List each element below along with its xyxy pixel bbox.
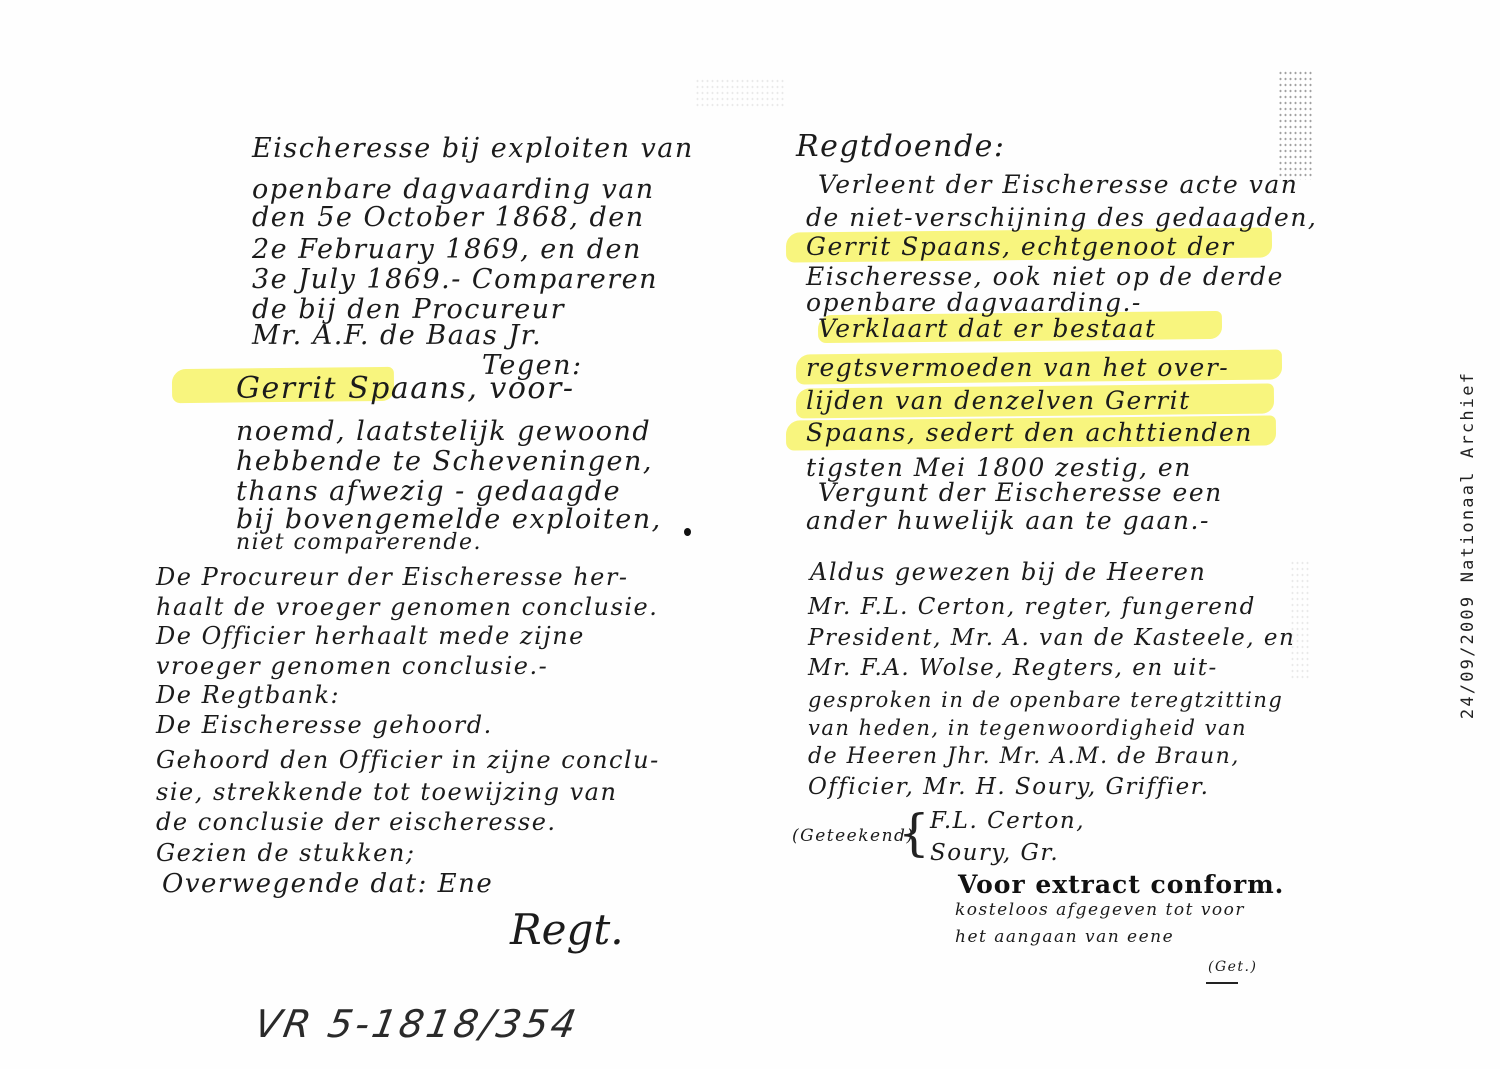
right-signature-certon: F.L. Certon,	[930, 810, 1085, 833]
right-line-20: de Heeren Jhr. Mr. A.M. de Braun,	[808, 746, 1240, 768]
right-line-17: Mr. F.A. Wolse, Regters, en uit-	[808, 657, 1218, 680]
left-line-23: de conclusie der eischeresse.	[156, 810, 557, 834]
right-line-4: Gerrit Spaans, echtgenoot der	[806, 234, 1235, 259]
right-line-get: (Get.)	[1208, 960, 1257, 974]
right-line-18: gesproken in de openbare teregtzitting	[808, 690, 1283, 711]
left-line-13: bij bovengemelde exploiten,	[236, 506, 662, 533]
left-line-22: sie, strekkende tot toewijzing van	[156, 780, 617, 804]
left-line-2: openbare dagvaarding van	[252, 176, 655, 203]
left-line-5: 3e July 1869.- Compareren	[252, 266, 658, 293]
right-line-3: de niet-verschijning des gedaagden,	[806, 205, 1317, 230]
right-line-5: Eischeresse, ook niet op de derde	[806, 264, 1284, 289]
right-line-19: van heden, in tegenwoordigheid van	[808, 718, 1247, 739]
right-line-16: President, Mr. A. van de Kasteele, en	[808, 627, 1295, 650]
right-line-6: openbare dagvaarding.-	[806, 290, 1142, 315]
left-line-4: 2e February 1869, en den	[252, 236, 642, 263]
right-line-10: Spaans, sedert den achttienden	[806, 420, 1253, 445]
underline-flourish	[1206, 982, 1238, 984]
right-line-13: ander huwelijk aan te gaan.-	[806, 508, 1210, 533]
right-line-12: Vergunt der Eischeresse een	[818, 480, 1223, 505]
left-line-21: Gehoord den Officier in zijne conclu-	[156, 748, 660, 772]
signature-brace: {	[898, 808, 930, 858]
right-line-aangaan: het aangaan van eene	[955, 929, 1174, 946]
right-line-7: Verklaart dat er bestaat	[818, 316, 1157, 341]
left-line-18: vroeger genomen conclusie.-	[156, 654, 548, 678]
right-line-14: Aldus gewezen bij de Heeren	[810, 560, 1206, 584]
left-line-3: den 5e October 1868, den	[252, 204, 645, 231]
left-line-gerrit-spaans: Gerrit Spaans, voor-	[236, 374, 574, 404]
left-line-10: noemd, laatstelijk gewoond	[236, 418, 651, 445]
right-line-kosteloos: kosteloos afgegeven tot voor	[955, 902, 1245, 919]
left-line-25: Overwegende dat: Ene	[162, 871, 493, 897]
scan-noise-top-center	[695, 78, 785, 108]
scan-noise-top-right	[1278, 70, 1312, 180]
left-line-1: Eischeresse bij exploiten van	[252, 135, 694, 162]
right-line-21: Officier, Mr. H. Soury, Griffier.	[808, 776, 1209, 799]
right-signature-soury: Soury, Gr.	[930, 842, 1059, 865]
right-line-11: tigsten Mei 1800 zestig, en	[806, 455, 1192, 480]
archive-stamp: 24/09/2009 Nationaal Archief	[1458, 371, 1478, 719]
left-line-7: Mr. A.F. de Baas Jr.	[252, 322, 542, 349]
left-line-24: Gezien de stukken;	[156, 841, 415, 865]
voor-extract-conform: Voor extract conform.	[958, 870, 1284, 899]
left-line-6: de bij den Procureur	[252, 296, 565, 323]
left-line-14: niet comparerende.	[236, 532, 482, 554]
scanned-document: Eischeresse bij exploiten van openbare d…	[0, 0, 1500, 1069]
left-line-17: De Officier herhaalt mede zijne	[156, 624, 585, 648]
right-signed-label: (Geteekend)	[792, 828, 915, 845]
right-line-8: regtsvermoeden van het over-	[806, 355, 1229, 380]
left-closing-regt: Regt.	[510, 905, 624, 954]
left-line-12: thans afwezig - gedaagde	[236, 478, 621, 505]
left-line-16: haalt de vroeger genomen conclusie.	[156, 595, 658, 619]
reference-number: VR 5-1818/354	[251, 1002, 582, 1046]
right-line-regtdoende: Regtdoende:	[796, 132, 1006, 162]
ink-spot	[684, 528, 691, 536]
left-line-11: hebbende te Scheveningen,	[236, 448, 653, 475]
scan-noise-right-edge	[1290, 560, 1310, 680]
left-line-19: De Regtbank:	[156, 683, 340, 707]
right-line-9: lijden van denzelven Gerrit	[806, 388, 1191, 413]
left-line-15: De Procureur der Eischeresse her-	[156, 565, 628, 589]
left-line-20: De Eischeresse gehoord.	[156, 713, 493, 737]
right-line-2: Verleent der Eischeresse acte van	[818, 172, 1298, 197]
right-line-15: Mr. F.L. Certon, regter, fungerend	[808, 596, 1256, 619]
